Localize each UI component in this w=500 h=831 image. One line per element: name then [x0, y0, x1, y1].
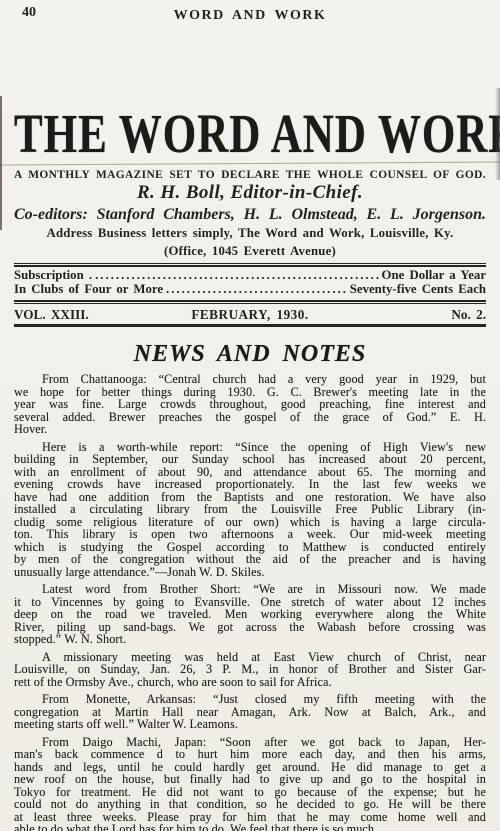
masthead-title: THE WORD AND WORK	[14, 100, 486, 171]
paragraph: From Monette, Arkansas: “Just closed my …	[14, 693, 486, 731]
volume-label: VOL. XXIII.	[14, 308, 191, 321]
paragraph-line: meeting starts off well.” Walter W. Leam…	[14, 718, 486, 731]
paragraph-line: installed a circulating library from the…	[14, 503, 486, 516]
issue-number: No. 2.	[309, 308, 486, 321]
paragraph-line: From Monette, Arkansas: “Just closed my …	[14, 693, 486, 706]
scan-artifact-left-edge	[0, 96, 2, 230]
subscription-block: Subscription . One Dollar a Year In Club…	[14, 267, 486, 298]
paragraph-line: by men of the congregation without the a…	[14, 553, 486, 566]
subscription-value: One Dollar a Year	[382, 269, 486, 283]
paragraph-line: several added. Brewer preaches the gospe…	[14, 411, 486, 424]
paragraph: From Daigo Machi, Japan: “Soon after we …	[14, 736, 486, 831]
paragraphs: From Chattanooga: “Central church had a …	[14, 373, 486, 831]
paragraph-line: new roof on the house, but finally had t…	[14, 773, 486, 786]
subscription-label: Subscription .	[14, 269, 92, 283]
leader-dots	[166, 283, 347, 297]
coeditors-line: Co-editors: Stanford Chambers, H. L. Olm…	[14, 205, 486, 224]
address-line: Address Business letters simply, The Wor…	[14, 226, 486, 240]
paragraph: Latest word from Brother Short: “We are …	[14, 583, 486, 646]
subscription-label: In Clubs of Four or More	[14, 283, 163, 297]
paragraph-line: year was fine. Large crowds throughout, …	[14, 398, 486, 411]
subscription-row: Subscription . One Dollar a Year	[14, 269, 486, 283]
paragraph-line: could not do anything in that condition,…	[14, 798, 486, 811]
paragraph-line: Hover.	[14, 423, 486, 436]
paragraph-line: From Chattanooga: “Central church had a …	[14, 373, 486, 386]
paragraph: From Chattanooga: “Central church had a …	[14, 373, 486, 436]
paragraph-line: deep on the road we traveled. Men workin…	[14, 608, 486, 621]
paragraph-line: unusually large attendance.”—Jonah W. D.…	[14, 566, 486, 579]
running-head: 40 WORD AND WORK	[14, 0, 486, 23]
paragraph: Here is a worth-while report: “Since the…	[14, 441, 486, 579]
office-line: (Office, 1045 Everett Avenue)	[14, 244, 486, 258]
subscription-value: Seventy-five Cents Each	[350, 283, 486, 297]
subscription-row: In Clubs of Four or More Seventy-five Ce…	[14, 283, 486, 297]
magazine-page: 40 WORD AND WORK THE WORD AND WORK A MON…	[0, 0, 500, 831]
paragraph-line: man's back commence d to hurt him more e…	[14, 748, 486, 761]
page-number: 40	[22, 5, 36, 21]
paragraph-line: ton. This library is open two afternoons…	[14, 528, 486, 541]
divider-rule-bottom	[14, 324, 486, 327]
issue-date: FEBRUARY, 1930.	[191, 308, 308, 321]
leader-dots	[95, 269, 378, 283]
section-heading: NEWS AND NOTES	[14, 340, 486, 368]
editor-line: R. H. Boll, Editor-in-Chief.	[14, 182, 486, 204]
scan-artifact-right-edge	[495, 88, 500, 180]
paragraph: A missionary meeting was held at East Vi…	[14, 651, 486, 689]
paragraph-line: able to do what the Lord has for him to …	[14, 823, 486, 831]
paragraph-line: Louisville, on Sunday, Jan. 26, 3 P. M.,…	[14, 663, 486, 676]
running-header: WORD AND WORK	[174, 8, 327, 23]
paragraph-line: rett of the Ormsby Ave., church, who are…	[14, 676, 486, 689]
paragraph-line: Latest word from Brother Short: “We are …	[14, 583, 486, 596]
issue-bar: VOL. XXIII. FEBRUARY, 1930. No. 2.	[14, 304, 486, 324]
paragraph-line: evening crowds have increased proportion…	[14, 478, 486, 491]
paragraph-line: stopped.” W. N. Short.	[14, 633, 486, 646]
paragraph-line: building in September, our Sunday school…	[14, 453, 486, 466]
